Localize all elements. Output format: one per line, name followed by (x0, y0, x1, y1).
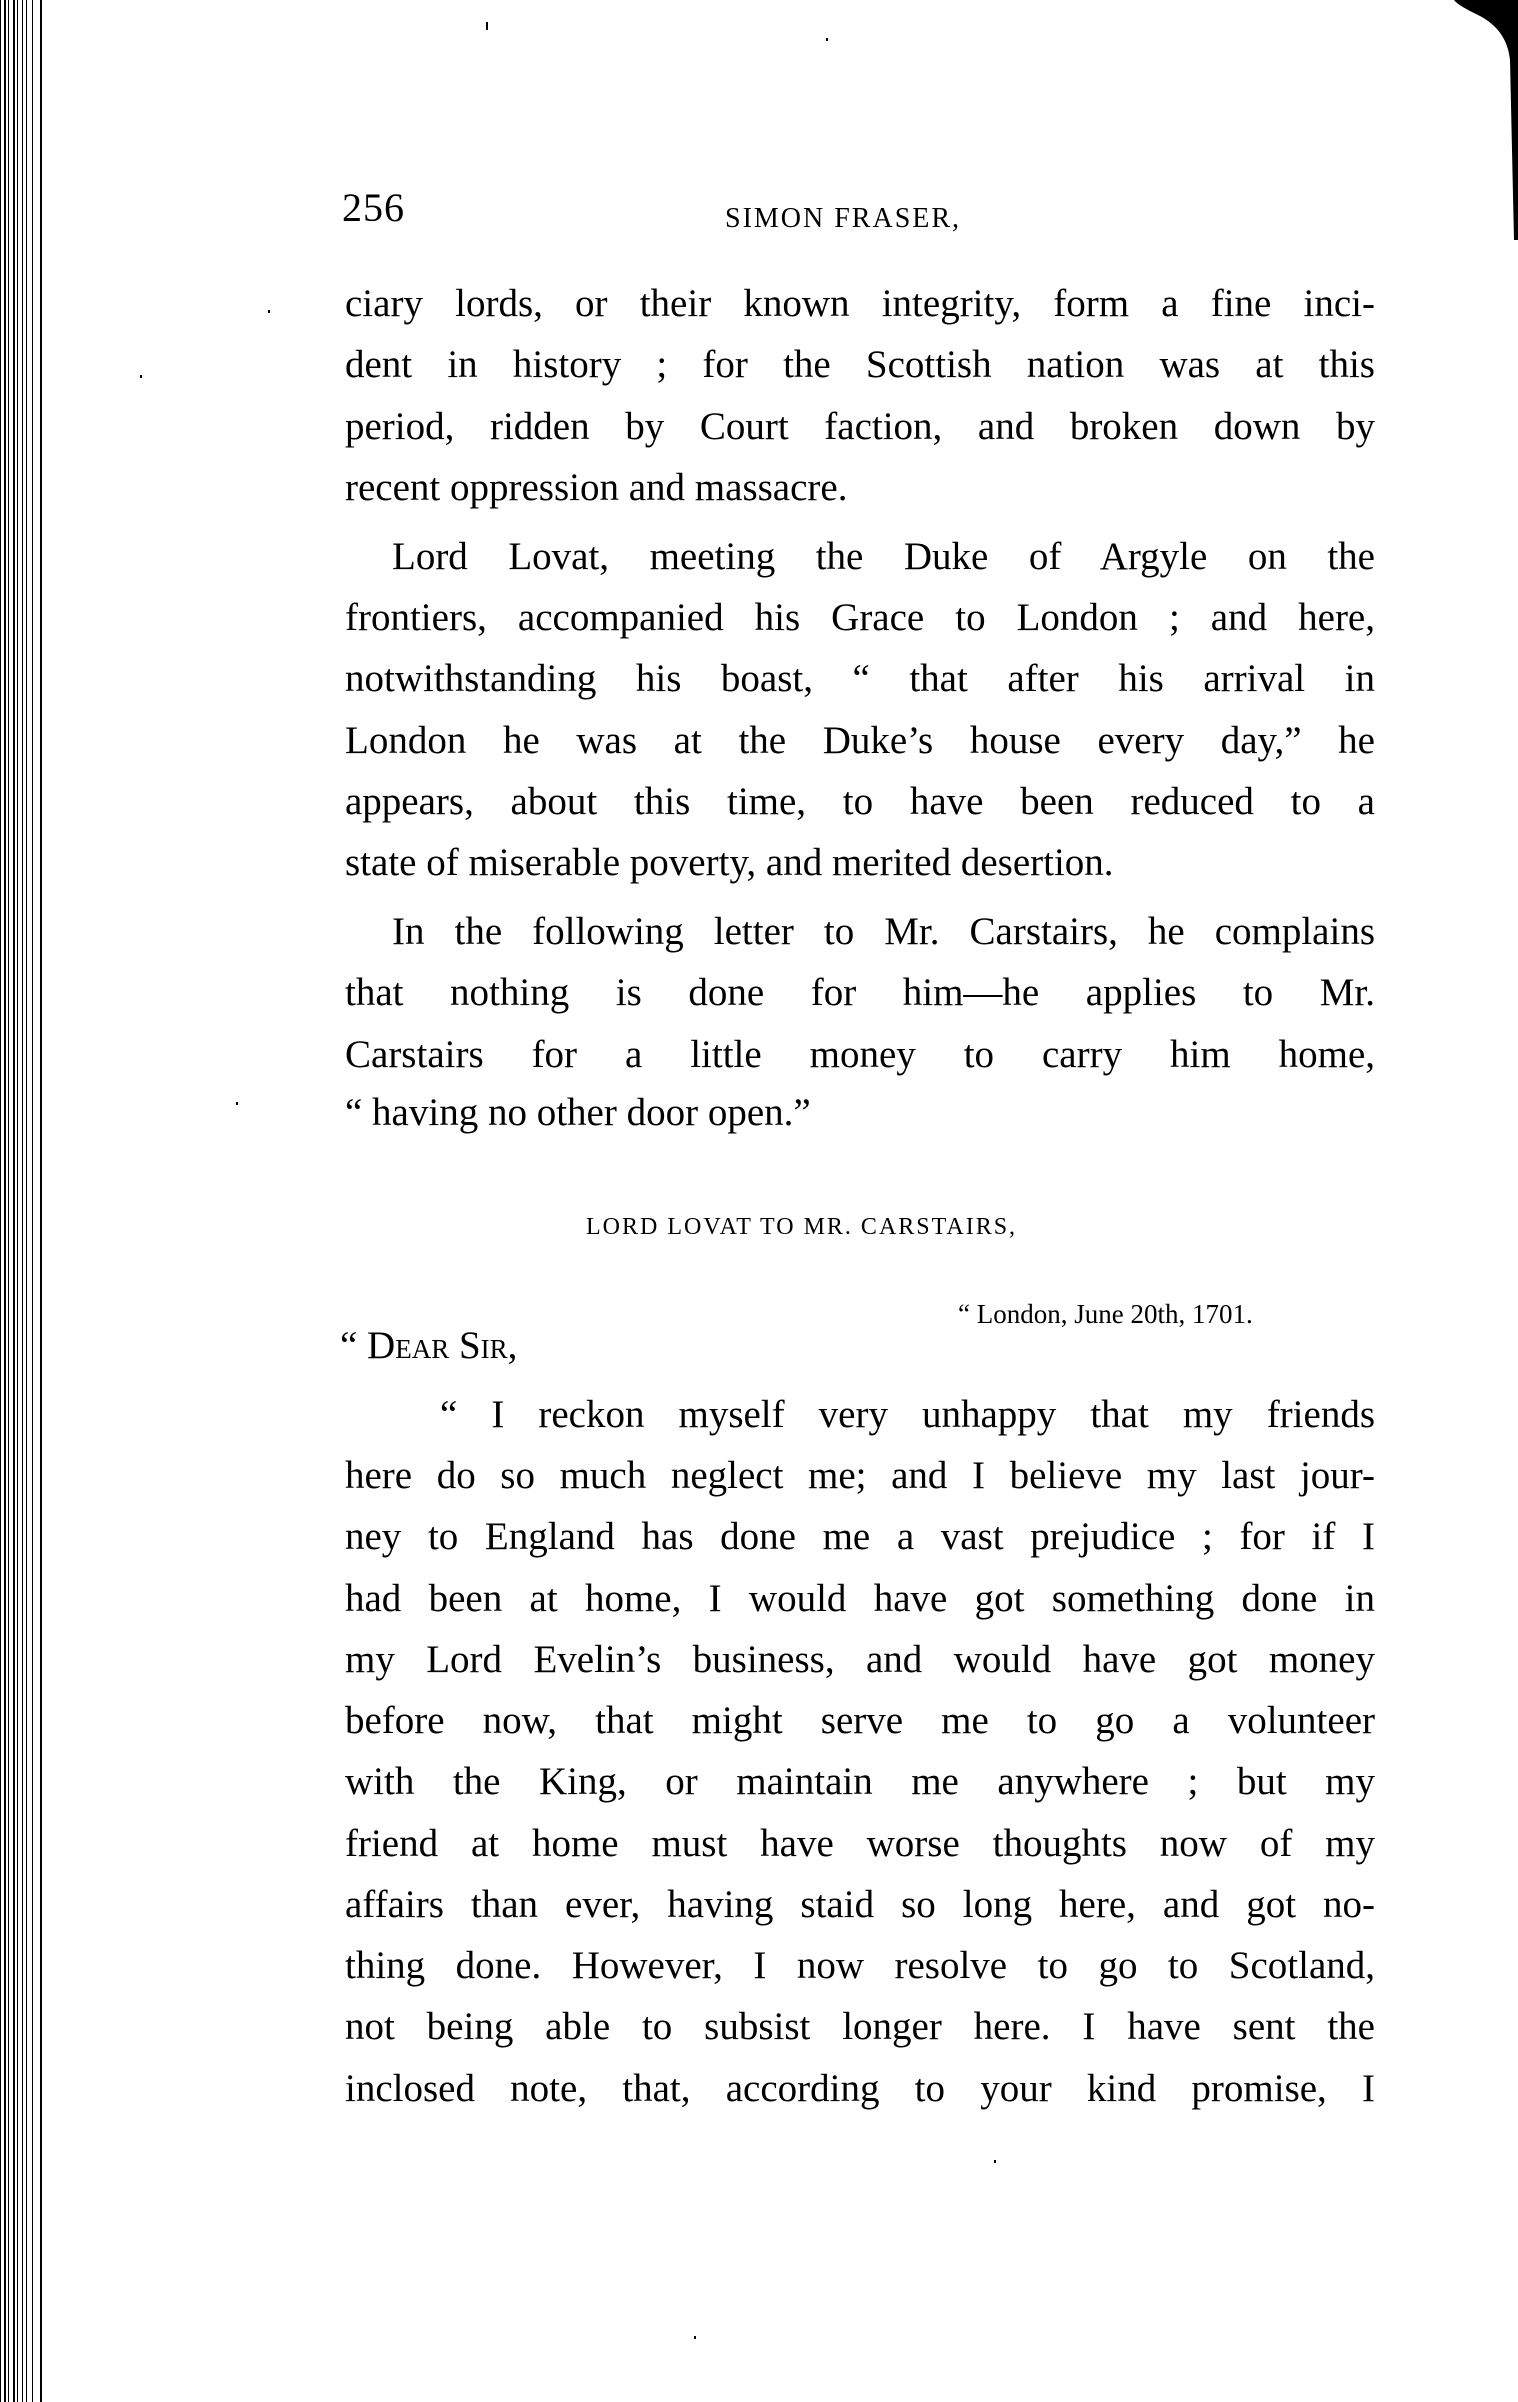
letter-line: had been at home, I would have got somet… (345, 1575, 1375, 1623)
text-line: London he was at the Duke’s house every … (345, 717, 1375, 765)
letter-line: not being able to subsist longer here. I… (345, 2003, 1375, 2051)
scan-speck (236, 1102, 238, 1105)
scan-speck (486, 22, 488, 30)
letter-line: inclosed note, that, according to your k… (345, 2065, 1375, 2113)
running-head-title: SIMON FRASER, (725, 202, 961, 236)
scan-speck (140, 375, 142, 378)
text-line: frontiers, accompanied his Grace to Lond… (345, 594, 1375, 642)
letter-line: affairs than ever, having staid so long … (345, 1881, 1375, 1929)
letter-line: with the King, or maintain me anywhere ;… (345, 1758, 1375, 1806)
text-line: period, ridden by Court faction, and bro… (345, 403, 1375, 451)
page-edge-shadow-icon (1448, 0, 1518, 240)
page-number: 256 (342, 186, 405, 230)
scan-speck (694, 2336, 696, 2339)
scan-speck (994, 2160, 996, 2163)
text-line: recent oppression and massacre. (345, 464, 1375, 512)
letter-line: before now, that might serve me to go a … (345, 1697, 1375, 1745)
text-line: that nothing is done for him—he applies … (345, 969, 1375, 1017)
text-line: ciary lords, or their known integrity, f… (345, 280, 1375, 328)
letter-line: here do so much neglect me; and I believ… (345, 1452, 1375, 1500)
letter-salutation: “ Dear Sir, (340, 1322, 517, 1370)
text-line: In the following letter to Mr. Carstairs… (392, 908, 1375, 956)
text-line: Carstairs for a little money to carry hi… (345, 1031, 1375, 1079)
letter-dateline: “ London, June 20th, 1701. (958, 1298, 1253, 1330)
text-line: state of miserable poverty, and merited … (345, 839, 1375, 887)
scan-speck (268, 310, 270, 313)
text-line: dent in history ; for the Scottish natio… (345, 341, 1375, 389)
book-page: 256 SIMON FRASER, ciary lords, or their … (0, 0, 1518, 2402)
letter-heading: LORD LOVAT TO MR. CARSTAIRS, (586, 1212, 1017, 1242)
scan-speck (826, 38, 828, 41)
letter-line: friend at home must have worse thoughts … (345, 1820, 1375, 1868)
letter-line: thing done. However, I now resolve to go… (345, 1942, 1375, 1990)
letter-line: “ I reckon myself very unhappy that my f… (440, 1391, 1375, 1439)
letter-line: my Lord Evelin’s business, and would hav… (345, 1636, 1375, 1684)
binding-gutter-lines (0, 0, 44, 2402)
text-line: Lord Lovat, meeting the Duke of Argyle o… (392, 533, 1375, 581)
text-line: appears, about this time, to have been r… (345, 778, 1375, 826)
text-line: notwithstanding his boast, “ that after … (345, 655, 1375, 703)
letter-line: ney to England has done me a vast prejud… (345, 1513, 1375, 1561)
text-line: “ having no other door open.” (345, 1089, 1375, 1137)
